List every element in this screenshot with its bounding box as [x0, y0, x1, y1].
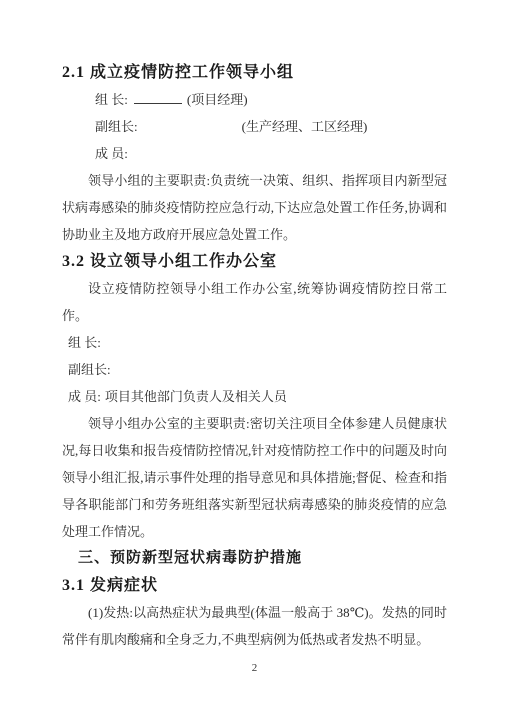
members-label: 成 员:: [95, 146, 128, 161]
section-3-heading: 三、预防新型冠状病毒防护措施: [78, 545, 447, 572]
section-3-2-duty-paragraph: 领导小组办公室的主要职责:密切关注项目全体参建人员健康状况,每日收集和报告疫情防…: [62, 410, 447, 545]
document-page: 2.1 成立疫情防控工作领导小组 组 长:(项目经理) 副组长:(生产经理、工区…: [0, 0, 509, 720]
deputy-field-line: 副组长:(生产经理、工区经理): [95, 113, 447, 140]
page-number: 2: [0, 661, 509, 675]
deputy-label: 副组长:: [95, 119, 138, 134]
members-field-line: 成 员:: [95, 140, 447, 167]
leader-label: 组 长:: [95, 92, 128, 107]
section-2-1-heading: 2.1 成立疫情防控工作领导小组: [62, 59, 447, 86]
section-3-2-intro-paragraph: 设立疫情防控领导小组工作办公室,统筹协调疫情防控日常工作。: [62, 275, 447, 329]
office-members-label: 成 员:: [68, 389, 101, 404]
office-members-field-line: 成 员:项目其他部门负责人及相关人员: [68, 383, 447, 410]
section-2-1-duty-paragraph: 领导小组的主要职责:负责统一决策、组织、指挥项目内新型冠状病毒感染的肺炎疫情防控…: [62, 167, 447, 248]
leader-note: (项目经理): [187, 92, 248, 107]
office-leader-field-line: 组 长:: [68, 329, 447, 356]
section-3-1-paragraph: (1)发热:以高热症状为最典型(体温一般高于 38℃)。发热的同时常伴有肌肉酸痛…: [62, 599, 447, 653]
office-members-value: 项目其他部门负责人及相关人员: [105, 389, 287, 404]
leader-field-line: 组 长:(项目经理): [95, 86, 447, 113]
deputy-note: (生产经理、工区经理): [242, 119, 368, 134]
office-deputy-field-line: 副组长:: [68, 356, 447, 383]
section-3-1-heading: 3.1 发病症状: [62, 572, 447, 599]
leader-name-blank: [134, 90, 182, 104]
office-leader-label: 组 长:: [68, 335, 101, 350]
office-deputy-label: 副组长:: [68, 362, 111, 377]
section-3-2-heading: 3.2 设立领导小组工作办公室: [62, 248, 447, 275]
